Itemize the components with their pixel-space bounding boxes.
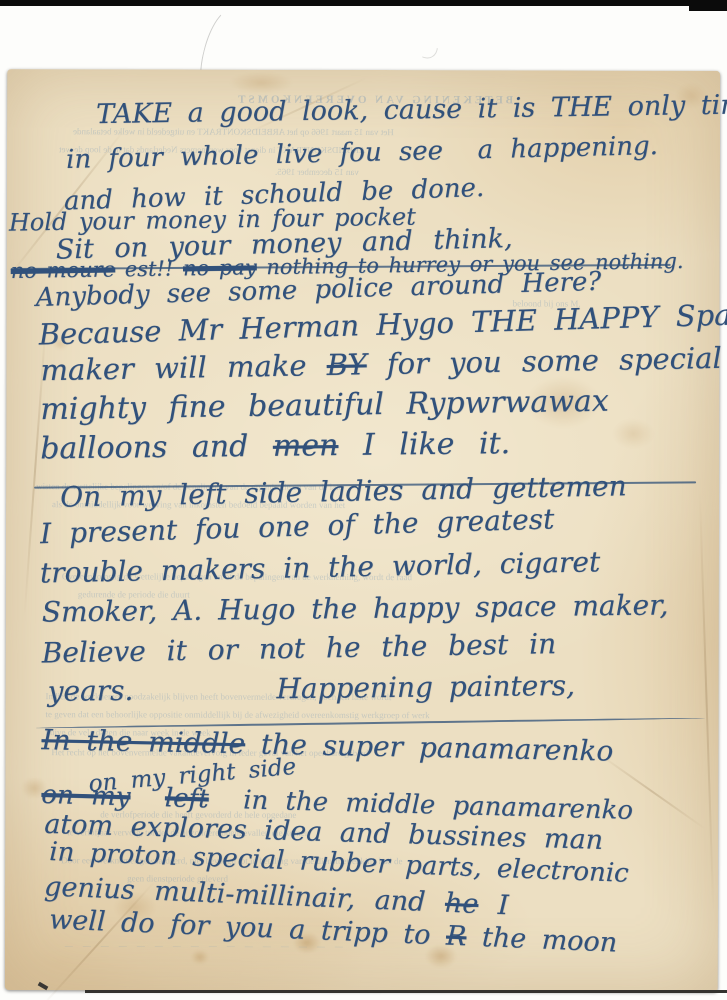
handwritten-segment: Smoker, A. Hugo the happy space maker, bbox=[42, 588, 669, 628]
handwritten-segment: the super panamarenko bbox=[245, 727, 614, 767]
scratch-artifact bbox=[399, 14, 444, 64]
struck-word: men bbox=[273, 428, 339, 464]
handwritten-line: maker will make BY for you some special bbox=[40, 344, 722, 385]
handwritten-line: Smoker, A. Hugo the happy space maker, bbox=[42, 591, 669, 626]
scanned-letter-page: BETEKENING VAN OVEREENKOMSTHet van 15 ma… bbox=[0, 0, 727, 1000]
handwritten-line: TAKE a good look, cause it is THE only t… bbox=[96, 91, 727, 128]
handwritten-segment: TAKE a good look, cause it is THE only t… bbox=[96, 89, 727, 130]
handwritten-line: In the middle the super panamarenko bbox=[41, 726, 613, 765]
struck-word: BY bbox=[326, 347, 367, 382]
handwritten-segment: est!! bbox=[115, 256, 183, 281]
scanner-bottom-line bbox=[85, 990, 727, 993]
handwritten-line: Believe it or not he the best in bbox=[41, 630, 556, 667]
handwritten-line: mighty fine beautiful Rypwrwawax bbox=[40, 387, 609, 425]
struck-word: no moure bbox=[11, 257, 116, 283]
handwritten-line: balloons and men I like it. bbox=[40, 429, 510, 464]
struck-word: on my bbox=[41, 780, 131, 812]
handwritten-line: years. Happening painters, bbox=[47, 672, 575, 706]
struck-word: R bbox=[445, 921, 467, 953]
scanner-black-corner bbox=[689, 0, 727, 11]
handwritten-segment: for you some special bbox=[366, 341, 722, 382]
letter-paper: BETEKENING VAN OVEREENKOMSTHet van 15 ma… bbox=[5, 69, 720, 992]
handwritten-segment: trouble makers in the world, cigaret bbox=[40, 545, 601, 589]
handwritten-segment: maker will make bbox=[40, 348, 327, 387]
struck-word: In the middle bbox=[41, 723, 245, 760]
handwritten-segment: I bbox=[478, 889, 509, 921]
handwritten-line: in four whole live fou see a happening. bbox=[66, 133, 658, 173]
struck-word: left bbox=[164, 783, 209, 814]
handwritten-segment: the moon bbox=[466, 921, 618, 958]
scanner-black-strip bbox=[0, 0, 727, 6]
handwriting-layer: TAKE a good look, cause it is THE only t… bbox=[5, 69, 720, 992]
handwritten-segment: in four whole live fou see a happening. bbox=[66, 131, 659, 175]
handwritten-line: trouble makers in the world, cigaret bbox=[40, 548, 601, 587]
handwritten-segment: I like it. bbox=[338, 426, 510, 463]
handwritten-segment: Believe it or not he the best in bbox=[41, 627, 556, 669]
handwritten-segment: balloons and bbox=[40, 429, 273, 467]
handwritten-segment: mighty fine beautiful Rypwrwawax bbox=[40, 384, 609, 427]
struck-word: he bbox=[444, 888, 479, 920]
handwritten-segment: years. Happening painters, bbox=[47, 669, 575, 708]
handwritten-segment bbox=[130, 782, 165, 813]
